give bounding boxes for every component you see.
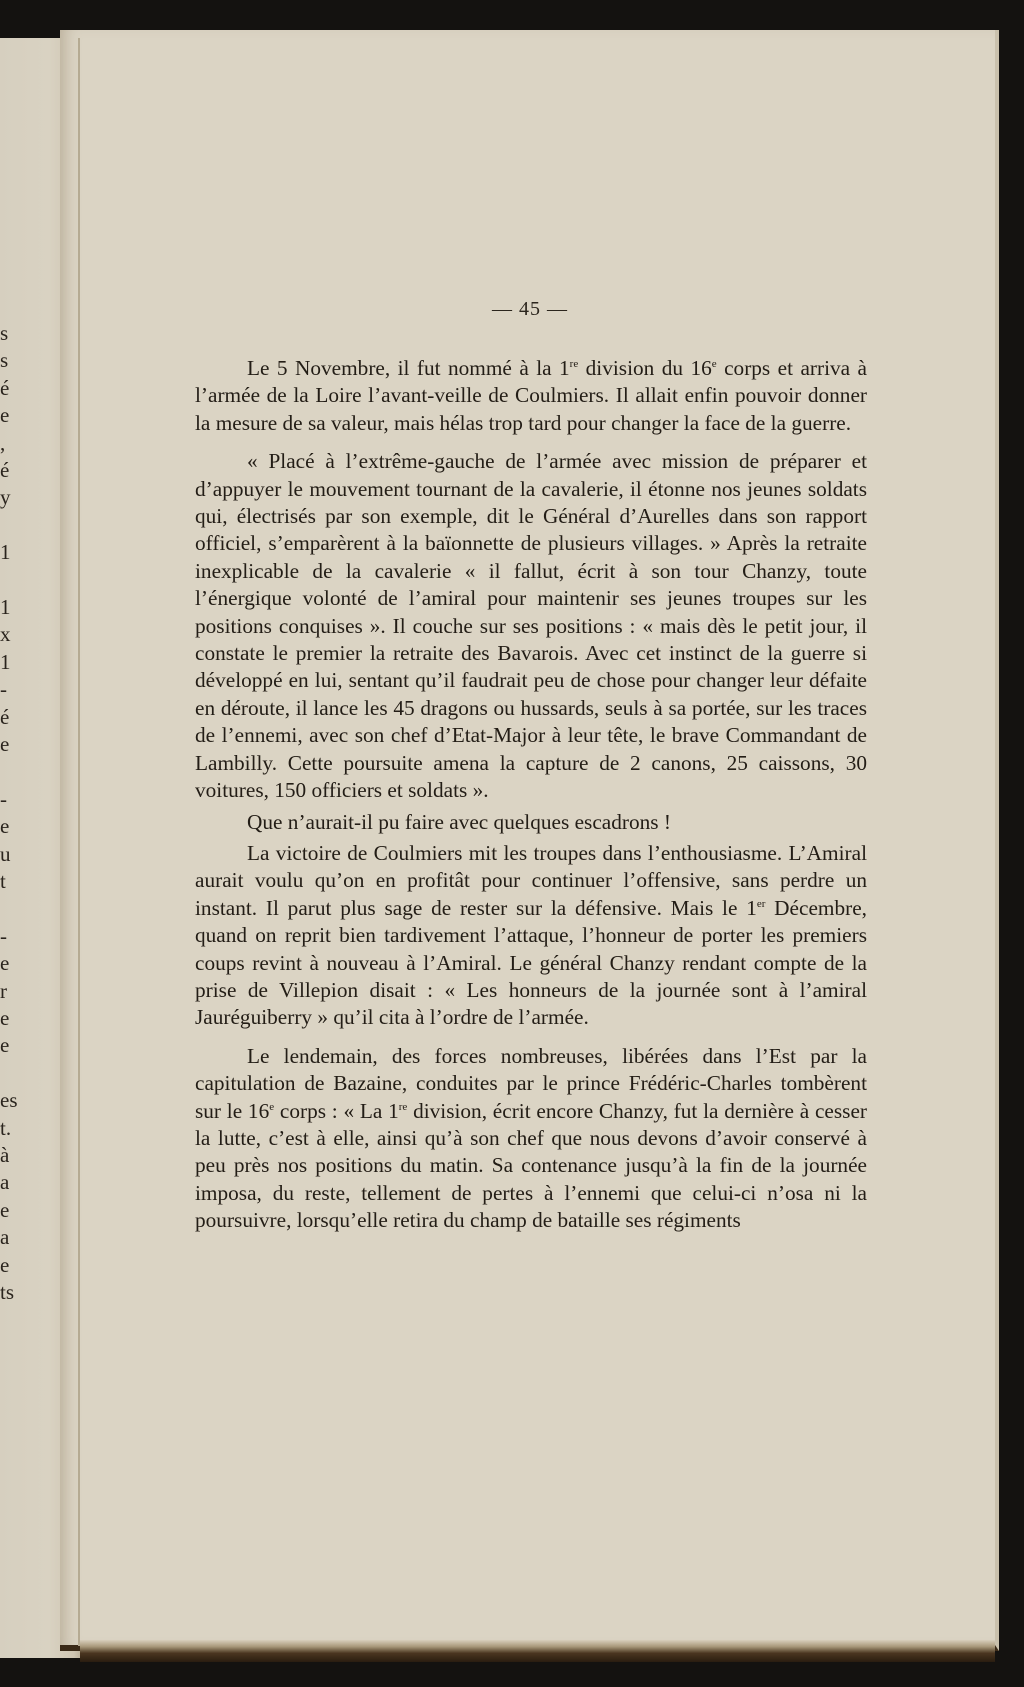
text-run: Le 5 Novembre, il fut nommé à la 1: [247, 356, 570, 380]
paragraph-3: Que n’aurait-il pu faire avec quelques e…: [195, 809, 867, 836]
book-page: — 45 — Le 5 Novembre, il fut nommé à la …: [60, 30, 999, 1651]
left-page-edge-char: a: [0, 1224, 9, 1251]
left-page-edge-char: 1: [0, 594, 11, 621]
left-page-edge-char: es: [0, 1087, 18, 1114]
page-number: — 45 —: [60, 298, 1000, 321]
left-page-edge-char: u: [0, 841, 11, 868]
left-page-edge-char: e: [0, 813, 9, 840]
left-page-edge-char: e: [0, 1252, 9, 1279]
left-page-edge-char: -: [0, 786, 7, 813]
left-page-edge-char: a: [0, 1169, 9, 1196]
left-page-edge-char: -: [0, 923, 7, 950]
left-page-edge-char: ts: [0, 1279, 14, 1306]
left-page-edge-char: 1: [0, 539, 11, 566]
text-run: division du 16: [578, 356, 712, 380]
left-page-edge-char: é: [0, 375, 9, 402]
left-page-edge-char: e: [0, 1032, 9, 1059]
paragraph-2: « Placé à l’extrême-gauche de l’armée av…: [195, 448, 867, 804]
left-page-edge-char: é: [0, 457, 9, 484]
left-page-edge-char: ,: [0, 430, 5, 457]
paragraph-4: La victoire de Coulmiers mit les troupes…: [195, 840, 867, 1032]
left-page-edge-char: -: [0, 676, 7, 703]
left-page-edge-char: s: [0, 347, 8, 374]
left-page-edge-char: é: [0, 704, 9, 731]
page-stack-edge: [80, 1640, 995, 1662]
left-page-edge-char: t: [0, 868, 6, 895]
left-page-edge-char: e: [0, 1005, 9, 1032]
text-run: corps : « La 1: [274, 1099, 399, 1123]
paragraph-5: Le lendemain, des forces nombreuses, lib…: [195, 1043, 867, 1235]
left-page-edge-char: e: [0, 731, 9, 758]
left-page-edge-char: e: [0, 950, 9, 977]
left-page-edge-char: t.: [0, 1115, 11, 1142]
left-page-edge-char: 1: [0, 649, 11, 676]
left-page-edge-char: y: [0, 484, 11, 511]
ordinal-superscript: re: [570, 358, 579, 370]
paragraph-1: Le 5 Novembre, il fut nommé à la 1re div…: [195, 355, 867, 437]
left-page-edge-char: r: [0, 978, 7, 1005]
body-text: Le 5 Novembre, il fut nommé à la 1re div…: [195, 355, 867, 1235]
left-page-edge-char: x: [0, 621, 11, 648]
left-page-edge-char: e: [0, 1197, 9, 1224]
left-page-edge-char: à: [0, 1142, 9, 1169]
page-gutter: [78, 38, 80, 1646]
left-page-edge-char: e: [0, 402, 9, 429]
left-page-edge-char: s: [0, 320, 8, 347]
